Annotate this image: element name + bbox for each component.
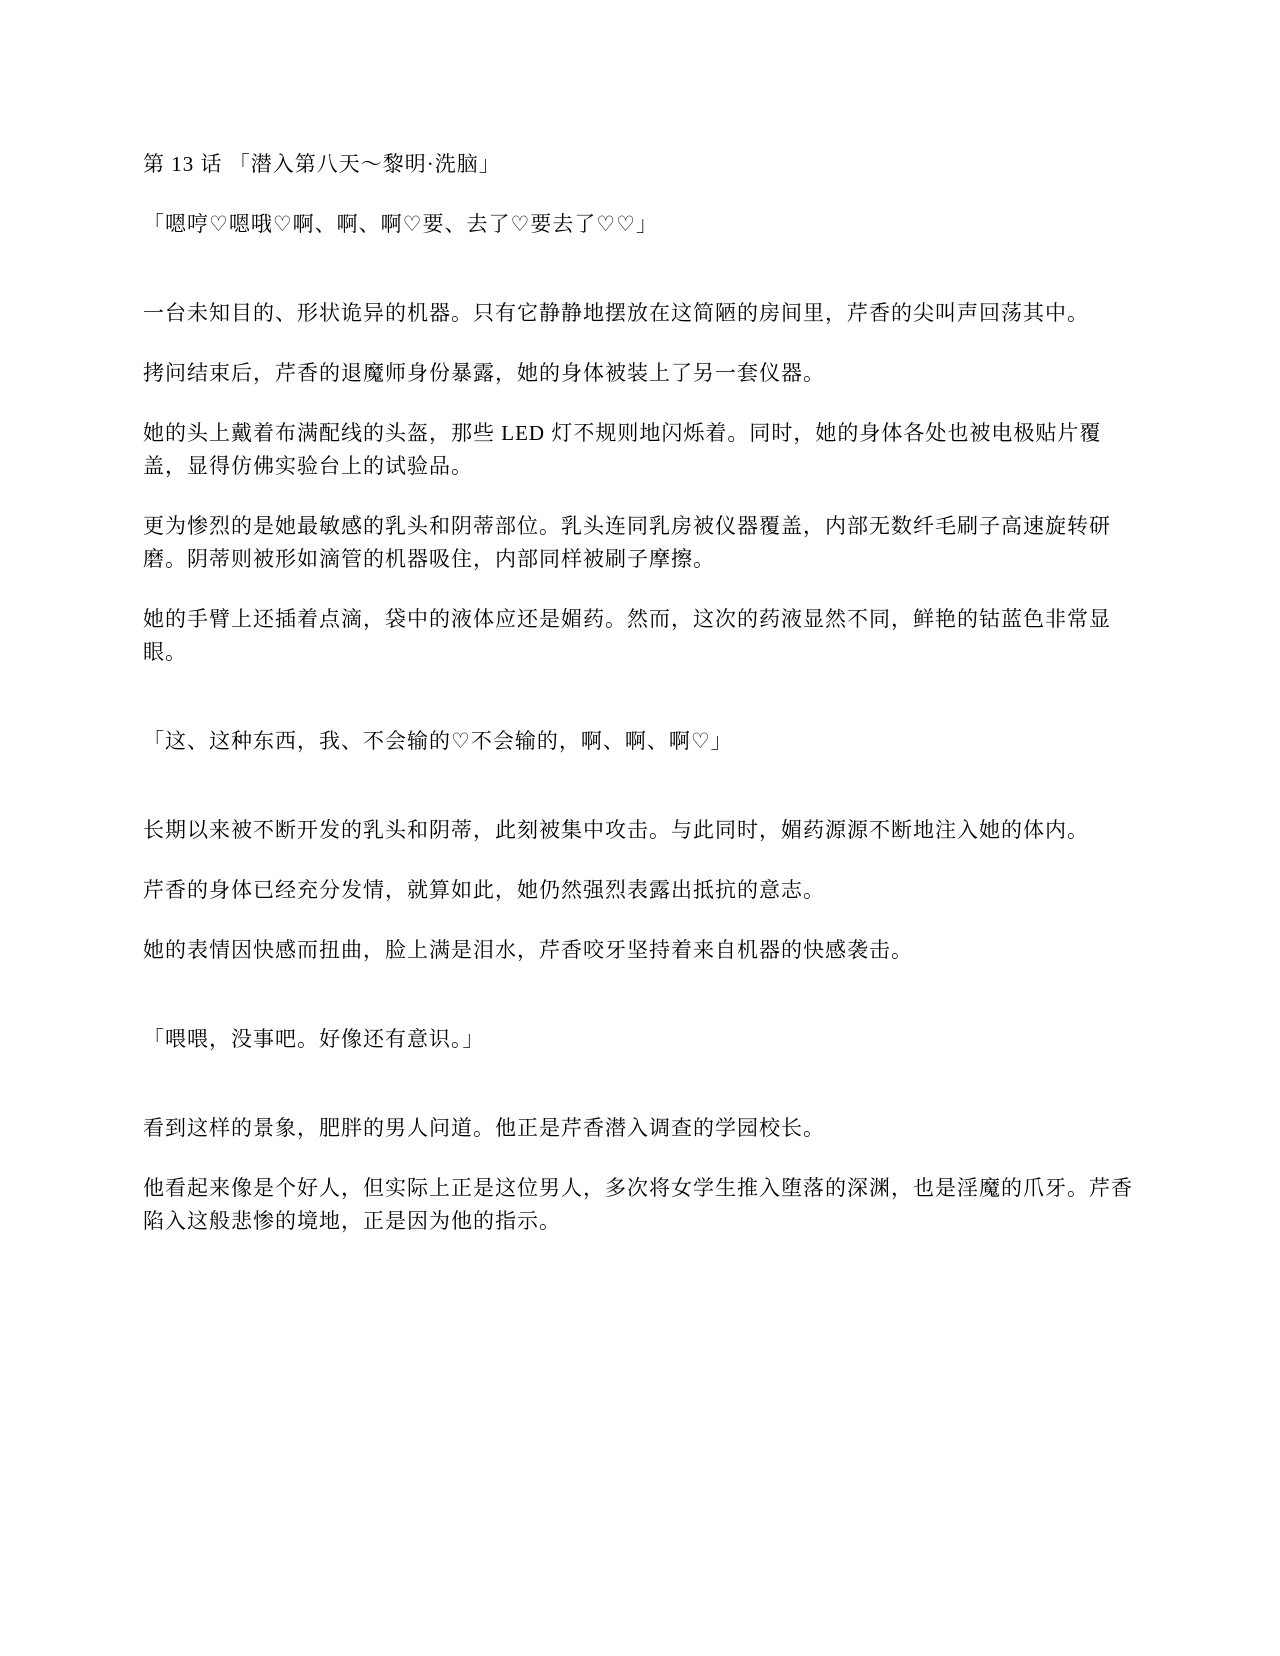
narration-paragraph: 她的手臂上还插着点滴，袋中的液体应还是媚药。然而，这次的药液显然不同，鲜艳的钴蓝… [143, 603, 1135, 669]
chapter-title: 第 13 话 「潜入第八天～黎明·洗脑」 [143, 148, 1135, 181]
narration-paragraph: 她的表情因快感而扭曲，脸上满是泪水，芹香咬牙坚持着来自机器的快感袭击。 [143, 934, 1135, 967]
dialogue-line: 「这、这种东西，我、不会输的♡不会输的，啊、啊、啊♡」 [143, 725, 1135, 758]
narration-paragraph: 一台未知目的、形状诡异的机器。只有它静静地摆放在这简陋的房间里，芹香的尖叫声回荡… [143, 297, 1135, 330]
document-page: 第 13 话 「潜入第八天～黎明·洗脑」 「嗯哼♡嗯哦♡啊、啊、啊♡要、去了♡要… [0, 0, 1280, 1656]
narration-paragraph: 看到这样的景象，肥胖的男人问道。他正是芹香潜入调查的学园校长。 [143, 1112, 1135, 1145]
narration-paragraph: 长期以来被不断开发的乳头和阴蒂，此刻被集中攻击。与此同时，媚药源源不断地注入她的… [143, 814, 1135, 847]
narration-paragraph: 她的头上戴着布满配线的头盔，那些 LED 灯不规则地闪烁着。同时，她的身体各处也… [143, 417, 1135, 483]
narration-paragraph: 芹香的身体已经充分发情，就算如此，她仍然强烈表露出抵抗的意志。 [143, 874, 1135, 907]
narration-paragraph: 拷问结束后，芹香的退魔师身份暴露，她的身体被装上了另一套仪器。 [143, 357, 1135, 390]
dialogue-line: 「喂喂，没事吧。好像还有意识。」 [143, 1023, 1135, 1056]
narration-paragraph: 他看起来像是个好人，但实际上正是这位男人，多次将女学生推入堕落的深渊，也是淫魔的… [143, 1172, 1135, 1238]
narration-paragraph: 更为惨烈的是她最敏感的乳头和阴蒂部位。乳头连同乳房被仪器覆盖，内部无数纤毛刷子高… [143, 510, 1135, 576]
dialogue-line: 「嗯哼♡嗯哦♡啊、啊、啊♡要、去了♡要去了♡♡」 [143, 208, 1135, 241]
